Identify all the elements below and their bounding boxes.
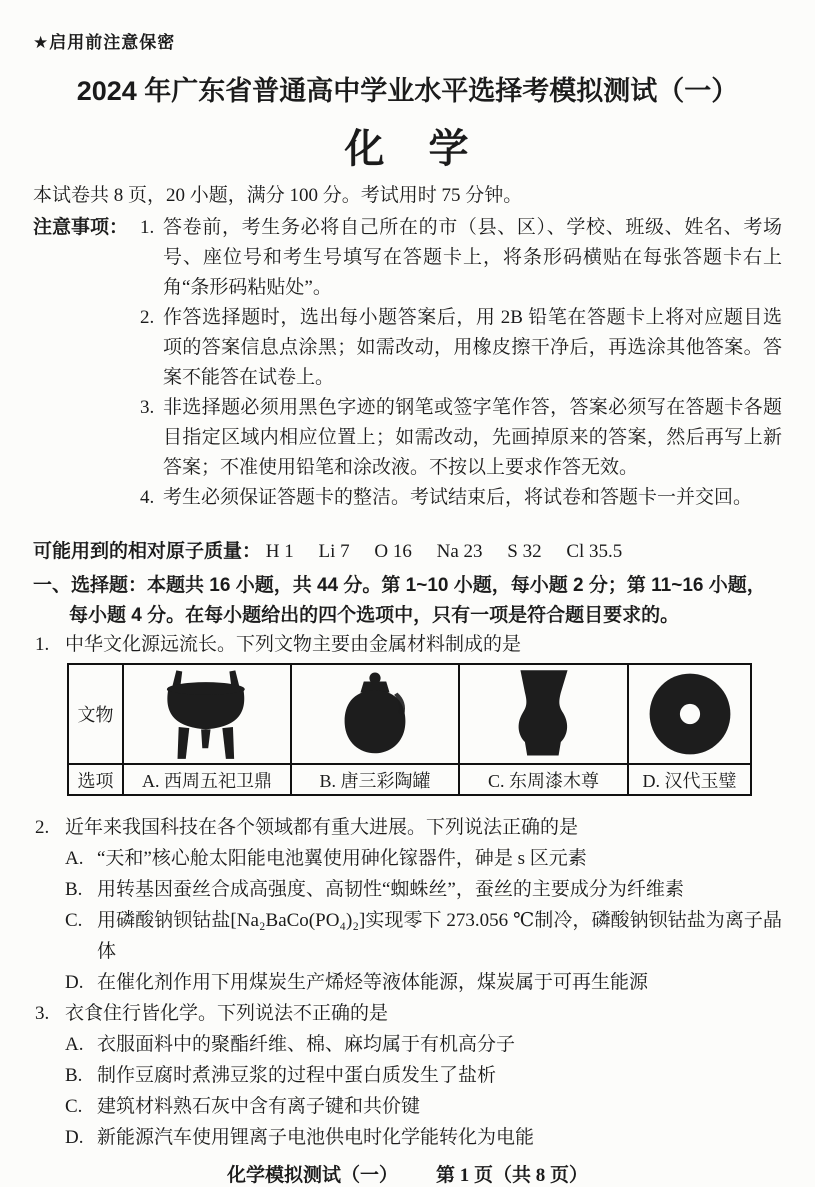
option-text: 用磷酸钠钡钴盐[Na₂BaCo(PO₄)₂]实现零下 273.056 ℃制冷，磷… — [97, 910, 782, 962]
question-3-stem-row: 3. 衣食住行皆化学。下列说法不正确的是 — [33, 998, 782, 1029]
note-number: 4. — [140, 483, 154, 513]
question-3-option-d: D. 新能源汽车使用锂离子电池供电时化学能转化为电能 — [33, 1122, 782, 1153]
option-text: 在催化剂作用下用煤炭生产烯烃等液体能源，煤炭属于可再生能源 — [97, 972, 648, 993]
atomic-mass-cl: Cl 35.5 — [566, 541, 622, 562]
notes-items: 1. 答卷前，考生务必将自己所在的市（县、区）、学校、班级、姓名、考场号、座位号… — [140, 213, 782, 513]
artifact-cell-b — [291, 664, 459, 764]
footer-page-number: 第 1 页（共 8 页） — [436, 1165, 588, 1186]
section-one-line1: 一、选择题：本题共 16 小题，共 44 分。第 1~10 小题，每小题 2 分… — [33, 571, 782, 601]
question-2: 2. 近年来我国科技在各个领域都有重大进展。下列说法正确的是 A. “天和”核心… — [33, 812, 782, 998]
note-item-1: 1. 答卷前，考生务必将自己所在的市（县、区）、学校、班级、姓名、考场号、座位号… — [140, 213, 782, 303]
artifact-table: 文物 — [67, 663, 752, 796]
note-text: 答卷前，考生务必将自己所在的市（县、区）、学校、班级、姓名、考场号、座位号和考生… — [163, 217, 782, 298]
option-text: 衣服面料中的聚酯纤维、棉、麻均属于有机高分子 — [97, 1034, 515, 1055]
section-one-line2: 每小题 4 分。在每小题给出的四个选项中，只有一项是符合题目要求的。 — [33, 601, 782, 631]
artifact-cell-a — [123, 664, 291, 764]
artifact-cell-c — [459, 664, 628, 764]
subject-title: 化 学 — [33, 125, 782, 173]
atomic-mass-o: O 16 — [374, 541, 411, 562]
note-text: 作答选择题时，选出每小题答案后，用 2B 铅笔在答题卡上将对应题目选项的答案信息… — [163, 307, 782, 388]
artifact-row-label: 文物 — [68, 664, 123, 764]
question-1: 1. 中华文化源远流长。下列文物主要由金属材料制成的是 文物 — [33, 631, 782, 796]
question-2-option-a: A. “天和”核心舱太阳能电池翼使用砷化镓器件，砷是 s 区元素 — [33, 843, 782, 874]
note-item-2: 2. 作答选择题时，选出每小题答案后，用 2B 铅笔在答题卡上将对应题目选项的答… — [140, 303, 782, 393]
artifact-option-a: A. 西周五祀卫鼎 — [123, 764, 291, 795]
artifact-option-d: D. 汉代玉璧 — [628, 764, 751, 795]
option-text: 新能源汽车使用锂离子电池供电时化学能转化为电能 — [97, 1127, 534, 1148]
note-number: 2. — [140, 303, 154, 333]
artifact-cell-d — [628, 664, 751, 764]
note-item-3: 3. 非选择题必须用黑色字迹的钢笔或签字笔作答，答案必须写在答题卡各题目指定区域… — [140, 393, 782, 483]
option-text: 建筑材料熟石灰中含有离子键和共价键 — [97, 1096, 420, 1117]
option-letter: C. — [65, 905, 82, 936]
atomic-mass-na: Na 23 — [437, 541, 483, 562]
option-letter: D. — [65, 967, 83, 998]
exam-page: ★启用前注意保密 2024 年广东省普通高中学业水平选择考模拟测试（一） 化 学… — [0, 0, 815, 1187]
question-2-stem-row: 2. 近年来我国科技在各个领域都有重大进展。下列说法正确的是 — [33, 812, 782, 843]
question-2-option-c: C. 用磷酸钠钡钴盐[Na₂BaCo(PO₄)₂]实现零下 273.056 ℃制… — [33, 905, 782, 967]
question-1-stem-row: 1. 中华文化源远流长。下列文物主要由金属材料制成的是 — [33, 631, 782, 659]
option-letter: A. — [65, 843, 83, 874]
atomic-masses-label: 可能用到的相对原子质量： — [33, 541, 261, 562]
option-letter: B. — [65, 1060, 82, 1091]
notes-section: 注意事项： 1. 答卷前，考生务必将自己所在的市（县、区）、学校、班级、姓名、考… — [33, 213, 782, 513]
notes-label: 注意事项： — [33, 213, 140, 513]
question-3: 3. 衣食住行皆化学。下列说法不正确的是 A. 衣服面料中的聚酯纤维、棉、麻均属… — [33, 998, 782, 1153]
question-3-stem: 衣食住行皆化学。下列说法不正确的是 — [65, 1003, 388, 1024]
note-item-4: 4. 考生必须保证答题卡的整洁。考试结束后，将试卷和答题卡一并交回。 — [140, 483, 782, 513]
note-number: 1. — [140, 213, 154, 243]
artifact-image-row: 文物 — [68, 664, 751, 764]
pottery-jar-icon — [330, 668, 420, 760]
question-3-option-a: A. 衣服面料中的聚酯纤维、棉、麻均属于有机高分子 — [33, 1029, 782, 1060]
artifact-option-row: 选项 A. 西周五祀卫鼎 B. 唐三彩陶罐 C. 东周漆木尊 D. 汉代玉璧 — [68, 764, 751, 795]
option-letter: B. — [65, 874, 82, 905]
option-text: 用转基因蚕丝合成高强度、高韧性“蜘蛛丝”，蚕丝的主要成分为纤维素 — [97, 879, 684, 900]
note-number: 3. — [140, 393, 154, 423]
footer-test-name: 化学模拟测试（一） — [227, 1165, 398, 1186]
question-3-option-b: B. 制作豆腐时煮沸豆浆的过程中蛋白质发生了盐析 — [33, 1060, 782, 1091]
atomic-masses-line: 可能用到的相对原子质量： H 1 Li 7 O 16 Na 23 S 32 Cl… — [33, 537, 782, 567]
option-letter: C. — [65, 1091, 82, 1122]
bronze-ding-icon — [147, 668, 267, 760]
atomic-mass-h: H 1 — [266, 541, 294, 562]
question-2-stem: 近年来我国科技在各个领域都有重大进展。下列说法正确的是 — [65, 817, 578, 838]
option-text: “天和”核心舱太阳能电池翼使用砷化镓器件，砷是 s 区元素 — [97, 848, 587, 869]
section-one-heading: 一、选择题：本题共 16 小题，共 44 分。第 1~10 小题，每小题 2 分… — [33, 571, 782, 631]
atomic-mass-li: Li 7 — [319, 541, 350, 562]
option-letter: D. — [65, 1122, 83, 1153]
question-2-number: 2. — [35, 812, 49, 843]
question-3-option-c: C. 建筑材料熟石灰中含有离子键和共价键 — [33, 1091, 782, 1122]
artifact-option-c: C. 东周漆木尊 — [459, 764, 628, 795]
option-row-label: 选项 — [68, 764, 123, 795]
question-2-option-d: D. 在催化剂作用下用煤炭生产烯烃等液体能源，煤炭属于可再生能源 — [33, 967, 782, 998]
note-text: 考生必须保证答题卡的整洁。考试结束后，将试卷和答题卡一并交回。 — [163, 487, 752, 508]
lacquer-zun-icon — [504, 668, 584, 760]
exam-title: 2024 年广东省普通高中学业水平选择考模拟测试（一） — [33, 75, 782, 107]
option-text: 制作豆腐时煮沸豆浆的过程中蛋白质发生了盐析 — [97, 1065, 496, 1086]
option-letter: A. — [65, 1029, 83, 1060]
jade-bi-icon — [644, 668, 736, 760]
question-3-number: 3. — [35, 998, 49, 1029]
atomic-mass-s: S 32 — [507, 541, 541, 562]
artifact-option-b: B. 唐三彩陶罐 — [291, 764, 459, 795]
exam-info-line: 本试卷共 8 页，20 小题，满分 100 分。考试用时 75 分钟。 — [33, 181, 782, 211]
page-footer: 化学模拟测试（一）第 1 页（共 8 页） — [33, 1163, 782, 1187]
question-1-number: 1. — [35, 631, 49, 659]
note-text: 非选择题必须用黑色字迹的钢笔或签字笔作答，答案必须写在答题卡各题目指定区域内相应… — [163, 397, 782, 478]
security-notice: ★启用前注意保密 — [33, 28, 782, 53]
question-2-option-b: B. 用转基因蚕丝合成高强度、高韧性“蜘蛛丝”，蚕丝的主要成分为纤维素 — [33, 874, 782, 905]
question-1-stem: 中华文化源远流长。下列文物主要由金属材料制成的是 — [65, 634, 521, 655]
